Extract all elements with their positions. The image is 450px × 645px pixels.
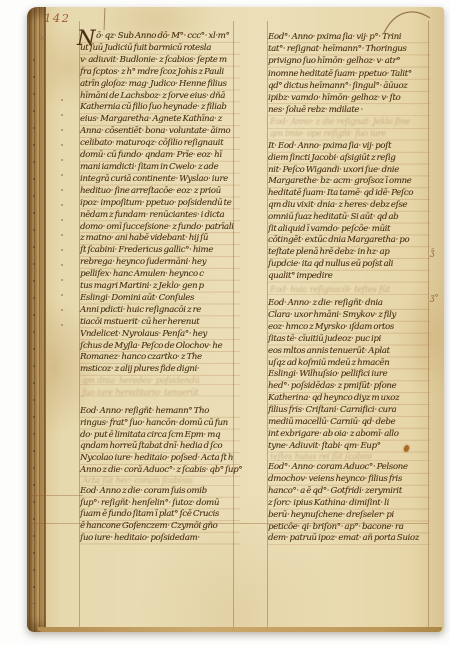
text-block-left-3: Eod· Anno z die· coram ſuis omibſup°· re… xyxy=(80,486,240,545)
text-line: Nycolao iure· heditaio· poſsed· Acta ſt … xyxy=(80,453,240,465)
text-line: Eod· Anno· z die reſignat· Jeklo ſine xyxy=(270,116,410,128)
text-line: z matno· ani habē videbant· hij ſū xyxy=(80,233,240,245)
text-line: int exbrigare· ab oia· z abomī· allo xyxy=(268,429,430,441)
text-block-right-4: Eod°· Anno· coram Aduoc°· Pelsonedmochov… xyxy=(268,462,430,545)
text-line: Clara· uxor hmāni· Smykov· z fily xyxy=(268,310,430,322)
text-line: Eod· Anno· reſigñt· hemann° Tho xyxy=(80,406,240,418)
text-line: ſuo iure hereditario· tenuerūt xyxy=(82,387,200,399)
text-line: mediū macellū· Carniū· qd· debe xyxy=(268,417,430,429)
text-line: Eslingi· Wilhuſsio· pellifici iure xyxy=(268,369,430,381)
text-line: atrīn gloſoz· mag· Judico· Henne filius xyxy=(80,79,240,91)
folio-number: 142 xyxy=(44,11,70,25)
text-line: domo· omī ſucceſsione· z fundo· patrīali xyxy=(80,222,240,234)
text-line: hed°· poſsidēdas· z pmiſūt· pſone xyxy=(268,381,430,393)
text-line: Margarethe· bz· acm· groſsoz ī omne xyxy=(268,176,430,188)
text-line: nes· ſoluē rebz· mdilate · xyxy=(268,104,430,116)
text-line: qm diu vixit· dnia· z heres· debz eſse xyxy=(268,200,430,212)
text-line: fra ſcptos· z h° mdre ſcoz Johis z Pauli xyxy=(80,67,240,79)
text-line: Eod· huic reſignacōi· teſtes ſūt xyxy=(270,284,390,296)
text-line: hedituo· ſine arreſtacōe· eoz· z prioū xyxy=(80,186,240,198)
text-block-left-1: ō· qz· Sub Anno dō· M°· ccc°· xl·m°ut ſu… xyxy=(80,31,240,376)
text-line: dem· patruū ipoz· emat· añ porta Suioz xyxy=(268,533,430,545)
text-line: uſqz ad koſmiū mdeū z hmacēn xyxy=(268,358,430,370)
text-line: ſuam ē fundo ſitam ī plat° ſcē Crucis xyxy=(80,509,240,521)
text-line: qm imie· ope reſigñt· ſuo iure xyxy=(270,128,410,140)
text-line: ſt ſcabini· Fredericus gallic°· hime xyxy=(80,245,240,257)
text-line: ut ſuū Judiciū fuit barmicū rotesla xyxy=(80,43,240,55)
text-line: tiacōi mstuerit· cū her herenut xyxy=(80,317,240,329)
bleedthrough-text: qm dnia· heredes· poſsidendūſuo iure her… xyxy=(82,375,200,398)
text-block-right-3: Eod· Anno· z die· reſigñt· dniaClara· ux… xyxy=(268,298,430,453)
text-line: eius· Margaretha· Agnete Kathīna· z xyxy=(80,114,240,126)
text-line: omniū ſuaz heditatū· Si aūt· qd ab xyxy=(268,212,430,224)
text-line: qd° dictus heīmann°· ſingul°· āūuoz xyxy=(268,80,430,92)
text-line: ipoz· impoſitum· ppetuo· poſsidendū te xyxy=(80,198,240,210)
text-line: msticoz· z alij plures fide digni· xyxy=(80,364,240,376)
text-block-left-2: Eod· Anno· reſigñt· hemann° Thoringus· f… xyxy=(80,406,240,477)
pricking-marks-faint xyxy=(61,99,63,334)
text-line: z ſorc· ipius Kathina· dimiſint· li xyxy=(268,498,430,510)
margin-mark: ʒ̄ xyxy=(430,248,435,257)
text-line: nēdam z fundam· renūciantes· i dicta xyxy=(80,210,240,222)
text-line: privigno ſuo hīmōn· gelhoz· v· atr° xyxy=(268,55,430,67)
text-line: Eod°· Anno· pxima ſia· vij· p°· Trini xyxy=(268,31,430,43)
text-line: nit· Peſco Wigandi· uxori ſue· dnie xyxy=(268,165,430,177)
initial-flourish xyxy=(104,8,106,30)
text-block-right-1: Eod°· Anno· pxima ſia· vij· p°· Trinitat… xyxy=(268,31,430,116)
text-line: mani iamdicti· ſitam in Cwelo· z ade xyxy=(80,162,240,174)
text-line: tat°· reſignat· heīmann°· Thoringus xyxy=(268,43,430,55)
text-line: berū· heynuſchene· dreſseler· pi xyxy=(268,510,430,522)
text-line: dmochov· veiens heynco· filius fris xyxy=(268,474,430,486)
text-line: domū· cū fundo· qndam· Prīe· eoz· hī xyxy=(80,150,240,162)
text-line: integrā curiā continente· Wyslao· iure xyxy=(80,174,240,186)
text-line: ō· qz· Sub Anno dō· M°· ccc°· xl·m° xyxy=(80,31,240,43)
text-line: ſuo iure· heditaio· poſsidedam· xyxy=(80,533,240,545)
text-line: Katherina· qd heynco diyz m uxoz xyxy=(268,393,430,405)
manuscript-page: 142 × Eod· Anno· z die reſignat· Jeklo ſ… xyxy=(27,7,444,632)
text-line: ſupdcie· ita qd nullus eū poſst ali xyxy=(268,259,430,271)
text-line: filius fris· Criſtani· Carnifici· cura xyxy=(268,405,430,417)
ruling-horizontal-line xyxy=(27,495,83,496)
page-bottom-edge xyxy=(37,627,442,632)
text-line: Eod°· Anno· coram Aduoc°· Pelsone xyxy=(268,462,430,474)
text-line: peticōe· qi· briſon°· ap°· bacone· ra xyxy=(268,522,430,534)
text-line: Eod· Anno z die· coram ſuis omib xyxy=(80,486,240,498)
text-line: Eslingi· Domini aūt· Conſules xyxy=(80,293,240,305)
text-line: ſitas tē· cīuitiū judeoz· puc ipi xyxy=(268,334,430,346)
text-line: inomne heditatē ſuam· ppetuo· Talit° xyxy=(268,68,430,80)
text-line: qndam horreū ſtabat dnī· hedia d ſco xyxy=(80,441,240,453)
text-line: qm dnia· heredes· poſsidendū xyxy=(82,375,200,387)
text-line: pellifex· hanc Amulen· heynco c xyxy=(80,269,240,281)
text-line: Anni pdicti· huic reſignacōi z re xyxy=(80,305,240,317)
text-line: ringus· frat° ſuo· hancōn· domū cū fun xyxy=(80,418,240,430)
page-edge-stack xyxy=(27,7,46,632)
text-line: rebrega· heynco ſudermāni· hey xyxy=(80,257,240,269)
text-line: Eod· Anno· z die· reſigñt· dnia xyxy=(268,298,430,310)
text-line: It· Eod· Anno· pxima ſia· vij· poſt xyxy=(268,141,430,153)
bleedthrough-text: Eod· Anno· z die reſignat· Jeklo ſineqm … xyxy=(270,116,410,139)
text-line: celibato· maturoqz· cōſilio reſignauit xyxy=(80,138,240,150)
text-line: eos mltos annis tenuerūt· Aplat xyxy=(268,346,430,358)
text-line: heditatē ſuam· Ita tamē· qd idē· Peſco xyxy=(268,188,430,200)
text-line: ſchus de Myſla· Peſco de Olochov· he xyxy=(80,341,240,353)
text-line: ſit aliquid ī vamdo· peſcōe· mūit xyxy=(268,224,430,236)
text-line: ſup°· reſigñt· henſelin°· ſutoz· domū xyxy=(80,498,240,510)
text-line: v· adiuvit· Budlonie· z ſcabios· ſepte m xyxy=(80,55,240,67)
text-line: Vndelicet· Nyrolaus· Penſa°· hey xyxy=(80,329,240,341)
text-line: eoz· hmco z Myrsko· ıſdam ortos xyxy=(268,322,430,334)
text-line: teſtate plenā hrē debz· in hz· ap xyxy=(268,247,430,259)
manuscript-photo: 142 × Eod· Anno· z die reſignat· Jeklo ſ… xyxy=(0,0,450,645)
text-line: Anna· cōsentiēt· bona· voluntate· āimo xyxy=(80,126,240,138)
text-line: Kathernia cū filio ſuo heynade· z filiab xyxy=(80,102,240,114)
bleedthrough-text: Eod· huic reſignacōi· teſtes ſūt xyxy=(270,284,390,296)
margin-mark: ʒ° xyxy=(430,293,439,302)
text-block-right-2: It· Eod· Anno· pxima ſia· vij· poſtdiem … xyxy=(268,141,430,283)
text-line: hanco°· a ē qd°· Gotfridi· zerymirit xyxy=(268,486,430,498)
text-line: Anno z die· corā Aduoc°· z ſcabis· qb° ſ… xyxy=(80,465,240,477)
text-line: qualit° impedire xyxy=(268,271,430,283)
text-line: diem ſincti Jacobi· aſsigiūt z reſig xyxy=(268,153,430,165)
text-line: do· put ē limitata circa ſcm Epm· mq xyxy=(80,430,240,442)
text-line: Romanez· hanco czartko· z The xyxy=(80,352,240,364)
text-line: ipibz· vamdo· hīmōn· gelhoz· v· ſto xyxy=(268,92,430,104)
text-line: ē hancone Goſenczem· Czymōi gño xyxy=(80,521,240,533)
text-line: hīmāni de Lachsboz· z ſorve eius· dñā xyxy=(80,91,240,103)
text-line: tus magri Martini· z Jeklo· gen p xyxy=(80,281,240,293)
text-line: cōtingēt· extūc dnia Margaretha· po xyxy=(268,235,430,247)
